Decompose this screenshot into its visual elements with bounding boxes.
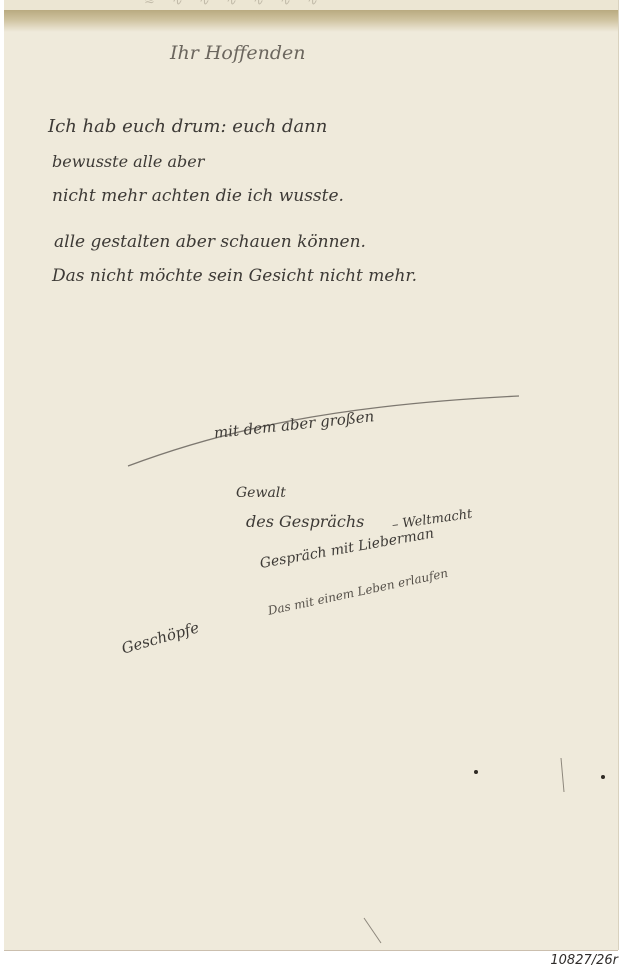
catalog-number: 10827/26r xyxy=(550,953,618,966)
verse-line-2: bewusste alle aber xyxy=(52,152,204,171)
page-heading: Ihr Hoffenden xyxy=(170,42,305,64)
manuscript-page: ≈ ∿ ∿ ∿ ∿ ∿ ∿ Ihr Hoffenden Ich hab euch… xyxy=(4,0,618,950)
verse-line-4: alle gestalten aber schauen können. xyxy=(54,232,366,252)
verse-line-1: Ich hab euch drum: euch dann xyxy=(48,116,327,137)
verse-line-3: nicht mehr achten die ich wusste. xyxy=(52,186,344,206)
pencil-marks xyxy=(4,0,618,950)
divider-curve xyxy=(128,396,519,466)
verse-line-5: Das nicht möchte sein Gesicht nicht mehr… xyxy=(52,266,417,286)
note-line-2: Gewalt xyxy=(236,485,286,501)
note-line-3: des Gesprächs xyxy=(246,512,364,531)
